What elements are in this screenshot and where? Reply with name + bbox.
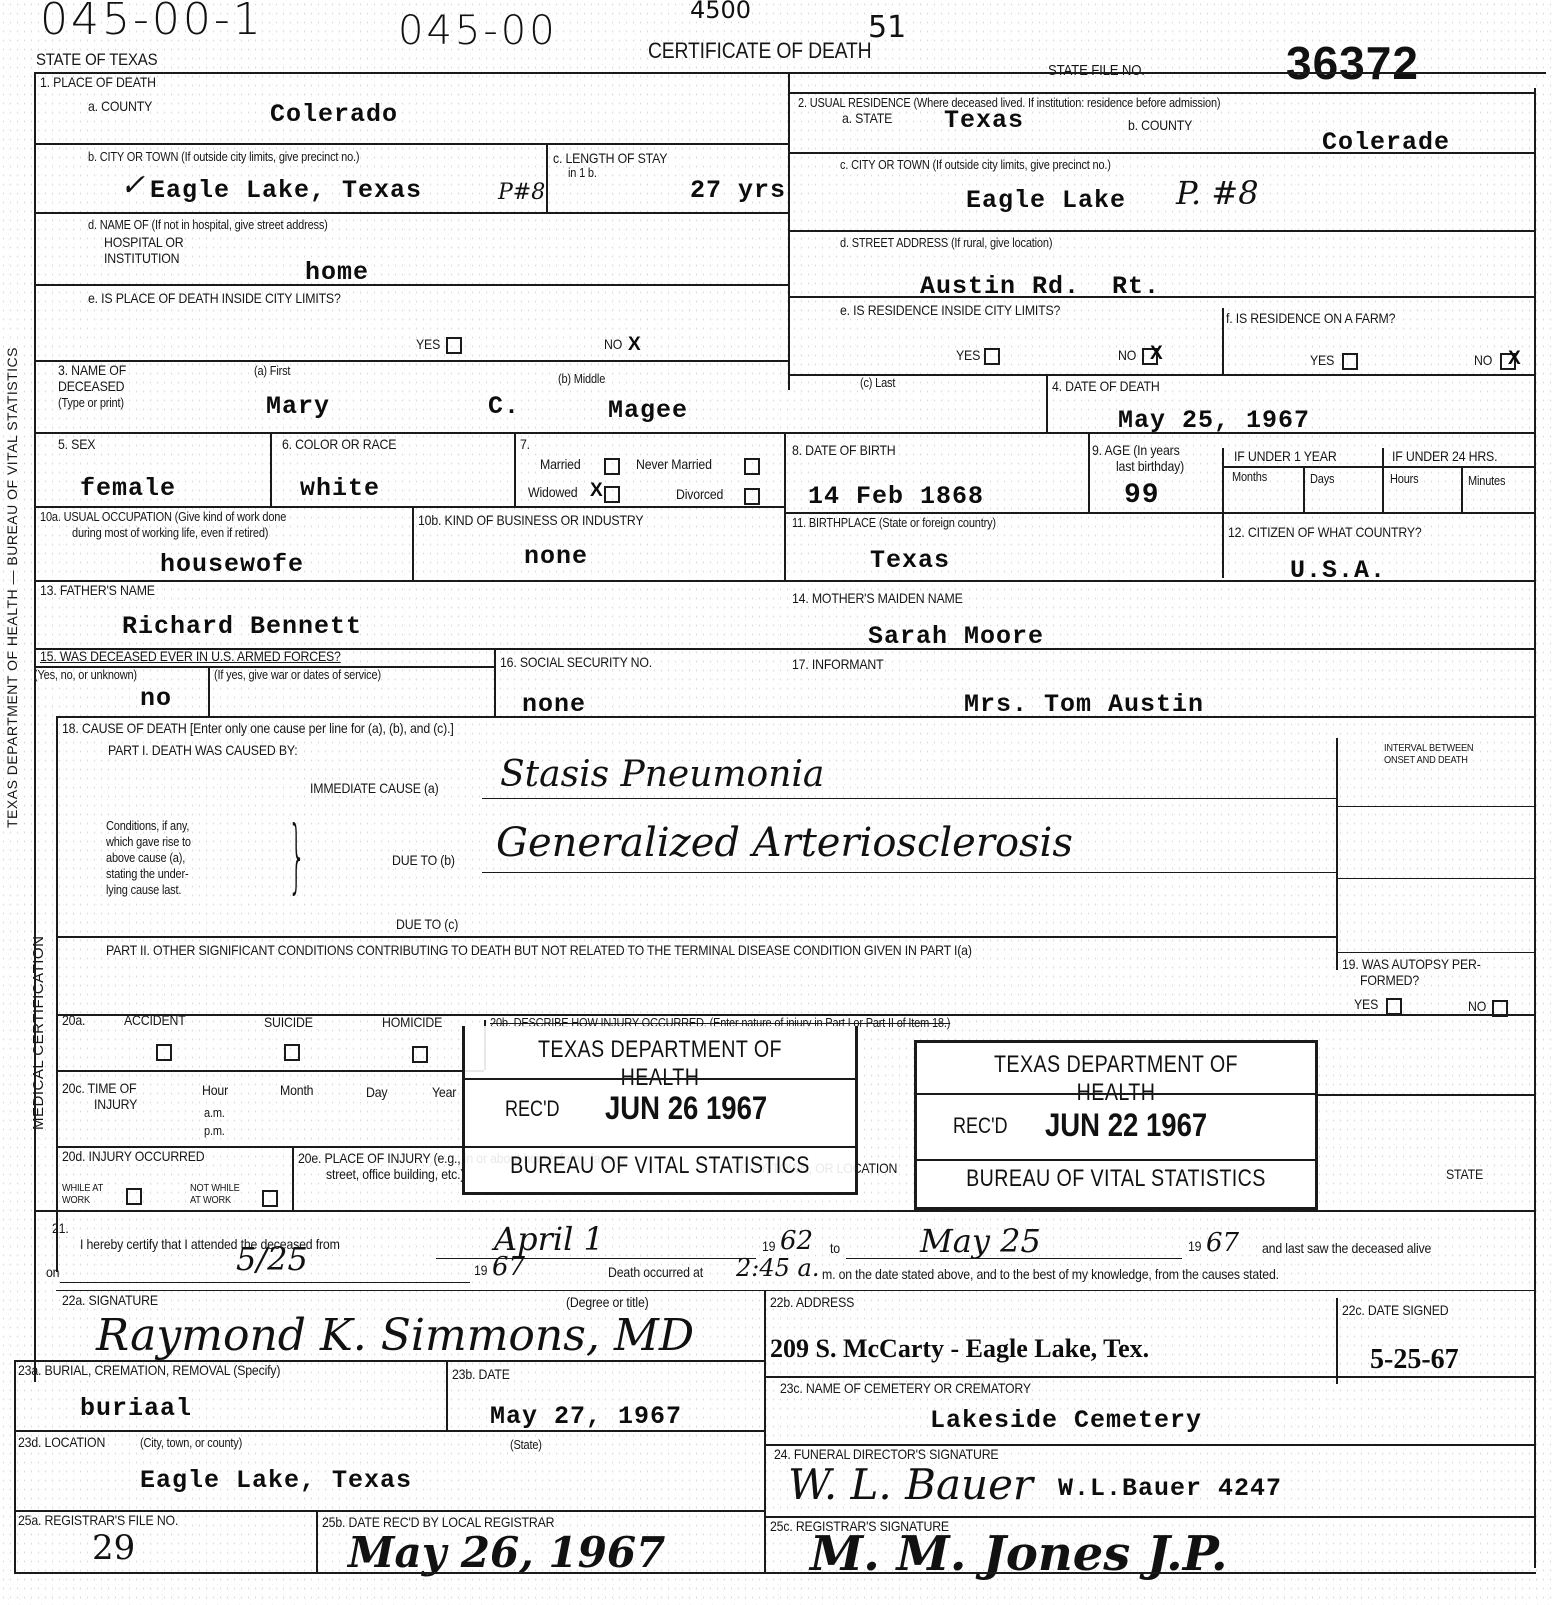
res-city-label: c. CITY OR TOWN (If outside city limits,…: [840, 158, 1111, 172]
director-signature: W. L. Bauer: [788, 1460, 1033, 1509]
rule: [60, 1282, 470, 1283]
farm-no-mark: X: [1508, 349, 1521, 368]
state-file-number: 36372: [1286, 36, 1419, 90]
rule: [546, 143, 548, 213]
autopsy-yes-checkbox[interactable]: [1386, 998, 1402, 1015]
res-state-label: a. STATE: [842, 110, 892, 126]
location-sub-1: (City, town, or county): [140, 1436, 242, 1450]
street-label: d. STREET ADDRESS (If rural, give locati…: [840, 236, 1052, 250]
rule: [14, 1572, 1536, 1574]
rule: [846, 1258, 1182, 1259]
rule: [1382, 448, 1384, 512]
registrar-file-no: 29: [92, 1528, 135, 1568]
date-signed-label: 22c. DATE SIGNED: [1342, 1302, 1449, 1318]
last-name-label: (c) Last: [860, 376, 895, 390]
months-label: Months: [1232, 470, 1267, 484]
state-file-label: STATE FILE NO.: [1048, 62, 1145, 79]
dod-label: 4. DATE OF DEATH: [1052, 378, 1160, 394]
rule: [1222, 308, 1224, 374]
age-label-2: last birthday): [1116, 458, 1184, 474]
length-of-stay: 27 yrs: [690, 176, 786, 205]
side-label-medical: MEDICAL CERTIFICATION: [30, 936, 47, 1130]
rule: [34, 360, 788, 362]
hospital-label-3: INSTITUTION: [104, 250, 179, 266]
middle-name: C.: [488, 392, 520, 421]
conditions-note: Conditions, if any, which gave rise to a…: [106, 818, 191, 898]
rule: [34, 72, 36, 1382]
armed-sub-label-2: (If yes, give war or dates of service): [214, 668, 381, 682]
place-of-death-label: 1. PLACE OF DEATH: [40, 74, 156, 90]
res-state: Texas: [944, 106, 1024, 135]
middle-name-label: (b) Middle: [558, 372, 605, 386]
rule: [786, 512, 1536, 514]
rule: [34, 72, 1546, 74]
pm-label: p.m.: [204, 1124, 225, 1138]
rule: [34, 212, 788, 214]
from-year: 62: [780, 1226, 813, 1256]
rule: [482, 872, 1338, 873]
part1-label: PART I. DEATH WAS CAUSED BY:: [108, 742, 298, 758]
rule: [1336, 878, 1536, 879]
last-name: Magee: [608, 396, 688, 425]
death-city-precinct: P#8: [498, 180, 545, 205]
rule: [1534, 88, 1536, 1568]
interval-label: INTERVAL BETWEEN: [1384, 742, 1473, 754]
year-label: Year: [432, 1084, 456, 1100]
immediate-cause: Stasis Pneumonia: [500, 754, 824, 795]
rule: [788, 152, 1536, 154]
cemetery-name: Lakeside Cemetery: [930, 1406, 1202, 1435]
physician-signature: Raymond K. Simmons, MD: [96, 1310, 694, 1361]
rule: [482, 798, 1338, 799]
time-label: 20c. TIME OF: [62, 1080, 136, 1096]
farm-yes-checkbox[interactable]: [1342, 353, 1358, 370]
rule: [270, 432, 272, 506]
birthplace: Texas: [870, 546, 950, 575]
divorced-checkbox[interactable]: [744, 488, 760, 505]
sex-label: 5. SEX: [58, 436, 95, 452]
rule: [14, 1360, 16, 1572]
no-label: NO: [604, 336, 622, 352]
burial-date: May 27, 1967: [490, 1402, 682, 1431]
hospital-label: d. NAME OF (If not in hospital, give str…: [88, 218, 328, 232]
on-year: 67: [492, 1252, 525, 1282]
name-label-2: DECEASED: [58, 378, 124, 394]
not-at-work-checkbox[interactable]: [262, 1190, 278, 1207]
rule: [1088, 432, 1090, 512]
res-inside-limits-label: e. IS RESIDENCE INSIDE CITY LIMITS?: [840, 302, 1060, 318]
yes-label: YES: [416, 336, 440, 352]
rule: [34, 143, 788, 145]
death-at-label: Death occurred at: [608, 1264, 703, 1280]
hour-label: Hour: [202, 1082, 228, 1098]
date-of-death: May 25, 1967: [1118, 406, 1310, 435]
death-time: 2:45 a.: [736, 1254, 819, 1282]
hospital-name: home: [305, 258, 369, 287]
mother-name: Sarah Moore: [868, 622, 1044, 651]
sex: female: [80, 474, 176, 503]
registrar-file-label: 25a. REGISTRAR'S FILE NO.: [18, 1512, 178, 1528]
rule: [1336, 806, 1536, 807]
no-label: NO: [1468, 998, 1486, 1014]
birthplace-label: 11. BIRTHPLACE (State or foreign country…: [792, 516, 996, 530]
dob-label: 8. DATE OF BIRTH: [792, 442, 896, 458]
occurred-label: 20d. INJURY OCCURRED: [62, 1148, 205, 1164]
age-label: 9. AGE (In years: [1092, 442, 1180, 458]
minutes-label: Minutes: [1468, 474, 1505, 488]
informant: Mrs. Tom Austin: [964, 690, 1204, 719]
to-label: to: [830, 1240, 840, 1256]
father-label: 13. FATHER'S NAME: [40, 582, 155, 598]
death-city: Eagle Lake, Texas: [150, 176, 422, 205]
rule: [34, 284, 788, 286]
received-stamp-1: TEXAS DEPARTMENT OF HEALTH REC'D JUN 26 …: [462, 1026, 858, 1195]
last-seen-date: 5/25: [236, 1240, 308, 1278]
not-work-label-2: AT WORK: [190, 1194, 231, 1206]
immediate-label: IMMEDIATE CAUSE (a): [310, 780, 439, 796]
occupation-label: 10a. USUAL OCCUPATION (Give kind of work…: [40, 510, 286, 524]
on-year-prefix: 19: [474, 1262, 487, 1278]
marital-option-never: Never Married: [636, 456, 712, 472]
part2-label: PART II. OTHER SIGNIFICANT CONDITIONS CO…: [106, 942, 972, 958]
inside-limits-no-checkbox[interactable]: X: [628, 335, 641, 354]
armed-forces: no: [140, 684, 172, 713]
accident-label: ACCIDENT: [124, 1012, 186, 1028]
rule: [56, 1070, 484, 1072]
marital-label: 7.: [520, 436, 530, 452]
widowed-checkbox[interactable]: [604, 486, 620, 503]
burial-date-label: 23b. DATE: [452, 1366, 510, 1382]
rule: [788, 92, 1536, 94]
yes-label: YES: [1354, 996, 1378, 1012]
to-year: 67: [1206, 1228, 1239, 1258]
rule: [1303, 466, 1305, 512]
suicide-checkbox[interactable]: [284, 1044, 300, 1061]
injury-type-label: 20a.: [62, 1012, 85, 1028]
rule: [788, 296, 1536, 298]
rule: [292, 1146, 294, 1210]
mother-label: 14. MOTHER'S MAIDEN NAME: [792, 590, 963, 606]
armed-sub-label-1: (Yes, no, or unknown): [34, 668, 137, 682]
cert-number: 21.: [52, 1220, 69, 1236]
rule: [34, 1210, 1536, 1212]
days-label: Days: [1310, 472, 1334, 486]
cause-label: 18. CAUSE OF DEATH [Enter only one cause…: [62, 720, 454, 736]
time-label-2: INJURY: [94, 1096, 137, 1112]
date-signed: 5-25-67: [1370, 1344, 1459, 1376]
rule: [56, 716, 1536, 718]
rule: [494, 648, 496, 716]
res-city: Eagle Lake: [966, 186, 1126, 215]
cert-text-2: and last saw the deceased alive: [1262, 1240, 1431, 1256]
no-label: NO: [1118, 347, 1136, 363]
place-injury-label-2: street, office building, etc.): [326, 1166, 464, 1182]
hospital-label-2: HOSPITAL OR: [104, 234, 184, 250]
marital-option-widowed: Widowed: [528, 484, 577, 500]
rule: [788, 374, 1536, 376]
burial-method: buriaal: [80, 1394, 192, 1423]
rule: [446, 1360, 448, 1430]
name-label-3: (Type or print): [58, 396, 124, 410]
to-year-prefix: 19: [1188, 1238, 1201, 1254]
father-name: Richard Bennett: [122, 612, 362, 641]
accident-checkbox[interactable]: [156, 1044, 172, 1061]
never-married-checkbox[interactable]: [744, 458, 760, 475]
city-label: b. CITY OR TOWN (If outside city limits,…: [88, 150, 359, 164]
rule: [34, 580, 1536, 582]
received-stamp-2: TEXAS DEPARTMENT OF HEALTH REC'D JUN 22 …: [914, 1040, 1318, 1210]
rule: [316, 1510, 318, 1572]
handwritten-code-3: 4500: [690, 0, 751, 24]
degree-label: (Degree or title): [566, 1294, 649, 1310]
autopsy-label-2: FORMED?: [1360, 972, 1419, 988]
due-c-label: DUE TO (c): [396, 916, 458, 932]
farm-label: f. IS RESIDENCE ON A FARM?: [1226, 310, 1395, 326]
age: 99: [1124, 480, 1160, 511]
interval-label-2: ONSET AND DEATH: [1384, 754, 1468, 766]
race-label: 6. COLOR OR RACE: [282, 436, 396, 452]
death-county: Colerado: [270, 100, 398, 129]
under-year-label: IF UNDER 1 YEAR: [1234, 448, 1337, 464]
side-label-bureau: TEXAS DEPARTMENT OF HEALTH — BUREAU OF V…: [4, 347, 20, 828]
rule: [1336, 1298, 1338, 1384]
homicide-label: HOMICIDE: [382, 1014, 442, 1030]
check-mark: ✓: [120, 168, 145, 203]
under-day-label: IF UNDER 24 HRS.: [1392, 448, 1497, 464]
married-checkbox[interactable]: [604, 458, 620, 475]
ssn-label: 16. SOCIAL SECURITY NO.: [500, 654, 652, 670]
burial-location: Eagle Lake, Texas: [140, 1466, 412, 1495]
usual-occupation: housewofe: [160, 550, 304, 579]
injury-state-label: STATE: [1446, 1166, 1483, 1182]
not-work-label: NOT WHILE: [190, 1182, 240, 1194]
stay-label-2: in 1 b.: [568, 166, 597, 180]
no-label: NO: [1474, 352, 1492, 368]
social-security-no: none: [522, 690, 586, 719]
state-label: STATE OF TEXAS: [36, 50, 157, 70]
suicide-label: SUICIDE: [264, 1014, 313, 1030]
stay-label: c. LENGTH OF STAY: [553, 150, 667, 166]
yes-label: YES: [1310, 352, 1334, 368]
marital-option-married: Married: [540, 456, 581, 472]
informant-label: 17. INFORMANT: [792, 656, 883, 672]
rule: [436, 1258, 756, 1259]
while-work-label-2: WORK: [62, 1194, 90, 1206]
am-label: a.m.: [204, 1106, 225, 1120]
county-label: a. COUNTY: [88, 98, 152, 114]
race: white: [300, 474, 380, 503]
certificate-title: CERTIFICATE OF DEATH: [648, 38, 871, 64]
autopsy-label: 19. WAS AUTOPSY PER-: [1342, 956, 1481, 972]
while-work-label: WHILE AT: [62, 1182, 103, 1194]
on-label: on: [46, 1264, 59, 1280]
address-label: 22b. ADDRESS: [770, 1294, 854, 1310]
date-of-birth: 14 Feb 1868: [808, 482, 984, 511]
location-sub-2: (State): [510, 1438, 542, 1452]
rule: [1046, 374, 1048, 434]
rule: [514, 432, 516, 506]
director-typed-name: W.L.Bauer 4247: [1058, 1474, 1282, 1503]
registrar-date: May 26, 1967: [348, 1528, 665, 1577]
rule: [56, 1290, 1536, 1291]
month-label: Month: [280, 1082, 313, 1098]
rule: [1336, 738, 1338, 970]
homicide-checkbox[interactable]: [412, 1046, 428, 1063]
handwritten-code-1: 045-00-1: [40, 0, 264, 45]
rule: [1222, 466, 1536, 468]
rule: [56, 716, 58, 1272]
day-label: Day: [366, 1084, 387, 1100]
occupation-label-2: during most of working life, even if ret…: [72, 526, 268, 540]
rule: [14, 1430, 764, 1432]
inside-limits-label: e. IS PLACE OF DEATH INSIDE CITY LIMITS?: [88, 290, 341, 306]
handwritten-code-2: 045-00: [398, 8, 558, 54]
handwritten-code-4: 51: [868, 10, 906, 45]
signature-label: 22a. SIGNATURE: [62, 1292, 158, 1308]
while-at-work-checkbox[interactable]: [126, 1188, 142, 1205]
from-year-prefix: 19: [762, 1238, 775, 1254]
first-name-label: (a) First: [254, 364, 290, 378]
rule: [764, 1360, 766, 1572]
inside-limits-yes-checkbox[interactable]: [446, 337, 462, 354]
rule: [1461, 466, 1463, 512]
rule: [1314, 1094, 1536, 1096]
hours-label: Hours: [1390, 472, 1418, 486]
rule: [208, 666, 210, 716]
brace-icon: }: [288, 816, 306, 896]
res-county-label: b. COUNTY: [1128, 117, 1192, 133]
citizen-label: 12. CITIZEN OF WHAT COUNTRY?: [1228, 524, 1422, 540]
res-inside-yes-checkbox[interactable]: [984, 348, 1000, 365]
armed-forces-label: 15. WAS DECEASED EVER IN U.S. ARMED FORC…: [40, 648, 341, 664]
marital-option-divorced: Divorced: [676, 486, 723, 502]
rule: [1336, 952, 1536, 953]
res-city-precinct: P. #8: [1176, 174, 1259, 212]
rule: [788, 230, 1536, 232]
physician-address: 209 S. McCarty - Eagle Lake, Tex.: [770, 1334, 1149, 1364]
due-to-b: Generalized Arteriosclerosis: [496, 820, 1073, 866]
attended-to: May 25: [920, 1222, 1041, 1260]
res-inside-no-mark: X: [1150, 344, 1163, 363]
cemetery-label: 23c. NAME OF CEMETERY OR CREMATORY: [780, 1380, 1031, 1396]
rule: [56, 936, 1336, 938]
location-label: 23d. LOCATION: [18, 1434, 105, 1450]
rule: [34, 506, 786, 508]
widowed-mark: X: [590, 481, 603, 500]
first-name: Mary: [266, 392, 330, 421]
rule: [764, 1376, 1536, 1378]
due-b-label: DUE TO (b): [392, 852, 455, 868]
industry-label: 10b. KIND OF BUSINESS OR INDUSTRY: [418, 512, 643, 528]
burial-method-label: 23a. BURIAL, CREMATION, REMOVAL (Specify…: [18, 1362, 280, 1378]
rule: [412, 506, 414, 582]
industry: none: [524, 542, 588, 571]
name-label: 3. NAME OF: [58, 362, 126, 378]
cert-text-3: m. on the date stated above, and to the …: [822, 1266, 1279, 1282]
yes-label: YES: [956, 347, 980, 363]
